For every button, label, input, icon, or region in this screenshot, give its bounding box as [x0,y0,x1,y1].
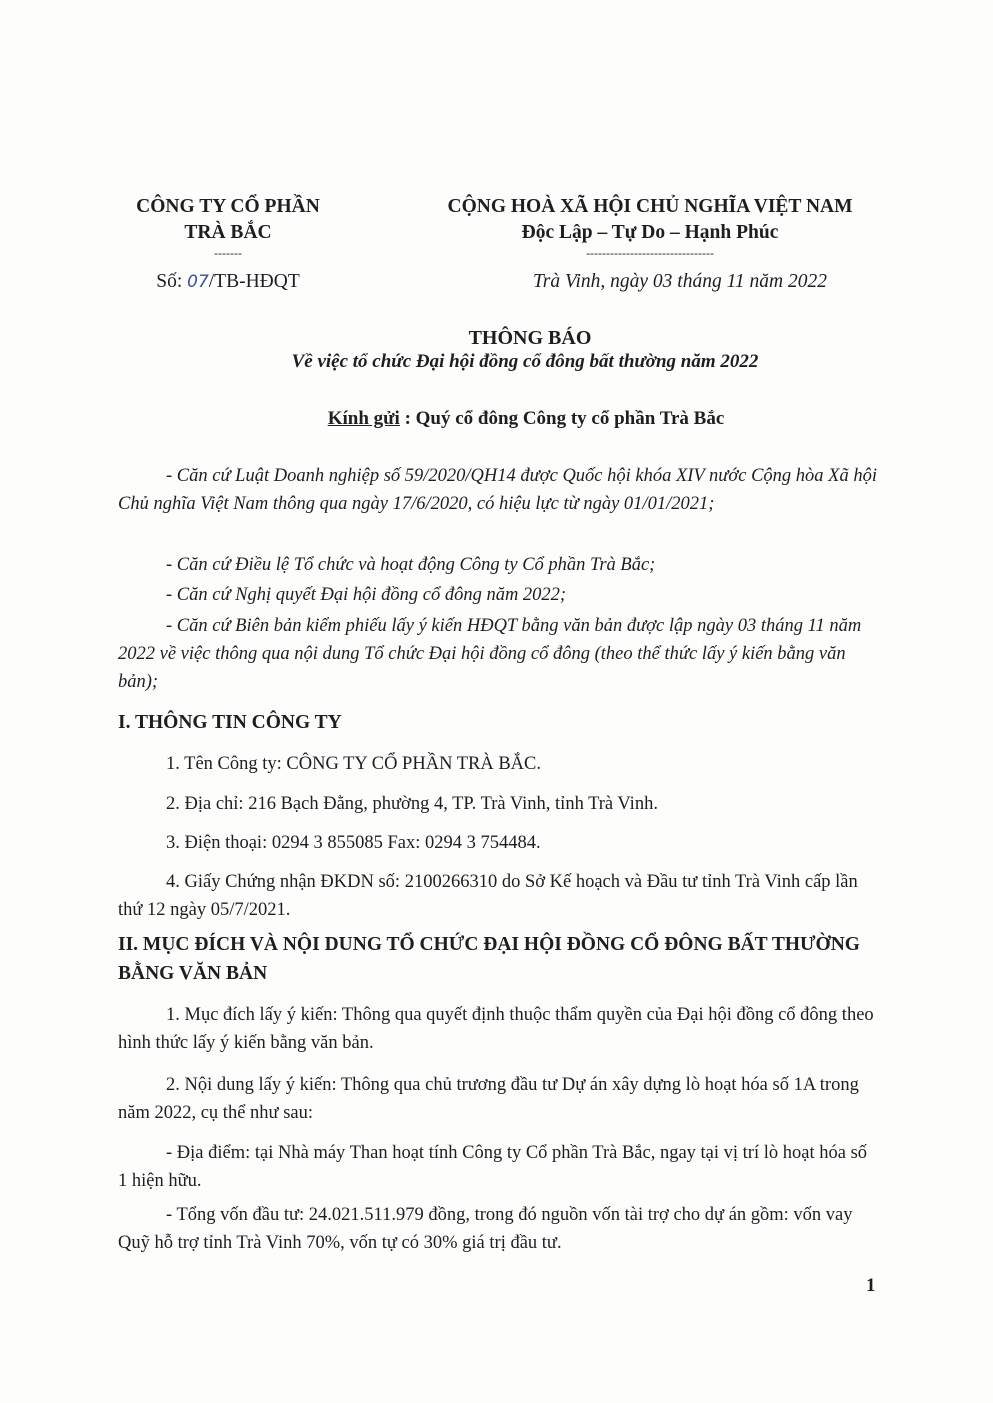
legal-basis-3: - Căn cứ Nghị quyết Đại hội đồng cổ đông… [118,581,878,609]
document-subtitle: Về việc tổ chức Đại hội đồng cổ đông bất… [0,351,993,373]
content-item: 2. Nội dung lấy ý kiến: Thông qua chủ tr… [118,1071,878,1127]
page-number: 1 [866,1275,876,1297]
purpose-item: 1. Mục đích lấy ý kiến: Thông qua quyết … [118,1001,878,1057]
document-number: Số: 07/TB-HĐQT [100,271,356,293]
company-name-line2: TRÀ BẮC [100,222,356,244]
company-name-line1: CÔNG TY CỔ PHẦN [100,196,356,218]
location-item: - Địa điểm: tại Nhà máy Than hoạt tính C… [118,1139,878,1195]
recipient-line: Kính gửi : Quý cổ đông Công ty cổ phần T… [0,408,993,430]
recipient-text: : Quý cổ đông Công ty cổ phần Trà Bắc [400,408,724,429]
document-title: THÔNG BÁO [0,327,993,350]
company-info-address: 2. Địa chỉ: 216 Bạch Đằng, phường 4, TP.… [118,790,878,818]
company-info-phone: 3. Điện thoại: 0294 3 855085 Fax: 0294 3… [118,829,878,857]
section-1-heading: I. THÔNG TIN CÔNG TY [118,712,342,734]
national-motto: Độc Lập – Tự Do – Hạnh Phúc [370,222,930,244]
section-2-heading: II. MỤC ĐÍCH VÀ NỘI DUNG TỔ CHỨC ĐẠI HỘI… [118,930,878,988]
place-date: Trà Vinh, ngày 03 tháng 11 năm 2022 [400,271,960,293]
recipient-label: Kính gửi [328,408,400,429]
doc-number-handwritten: 07 [187,272,209,292]
motto-separator: -------------------------------- [370,246,930,261]
nation-title: CỘNG HOÀ XÃ HỘI CHỦ NGHĨA VIỆT NAM [370,196,930,218]
legal-basis-4: - Căn cứ Biên bản kiểm phiếu lấy ý kiến … [118,612,878,696]
legal-basis-2: - Căn cứ Điều lệ Tổ chức và hoạt động Cô… [118,551,878,579]
legal-basis-1: - Căn cứ Luật Doanh nghiệp số 59/2020/QH… [118,462,878,518]
doc-number-suffix: /TB-HĐQT [209,271,300,292]
doc-number-prefix: Số: [156,271,187,292]
company-info-name: 1. Tên Công ty: CÔNG TY CỔ PHẦN TRÀ BẮC. [118,750,878,778]
company-info-registration: 4. Giấy Chứng nhận ĐKDN số: 2100266310 d… [118,868,878,924]
investment-item: - Tổng vốn đầu tư: 24.021.511.979 đồng, … [118,1201,878,1257]
company-separator: ------- [100,246,356,261]
